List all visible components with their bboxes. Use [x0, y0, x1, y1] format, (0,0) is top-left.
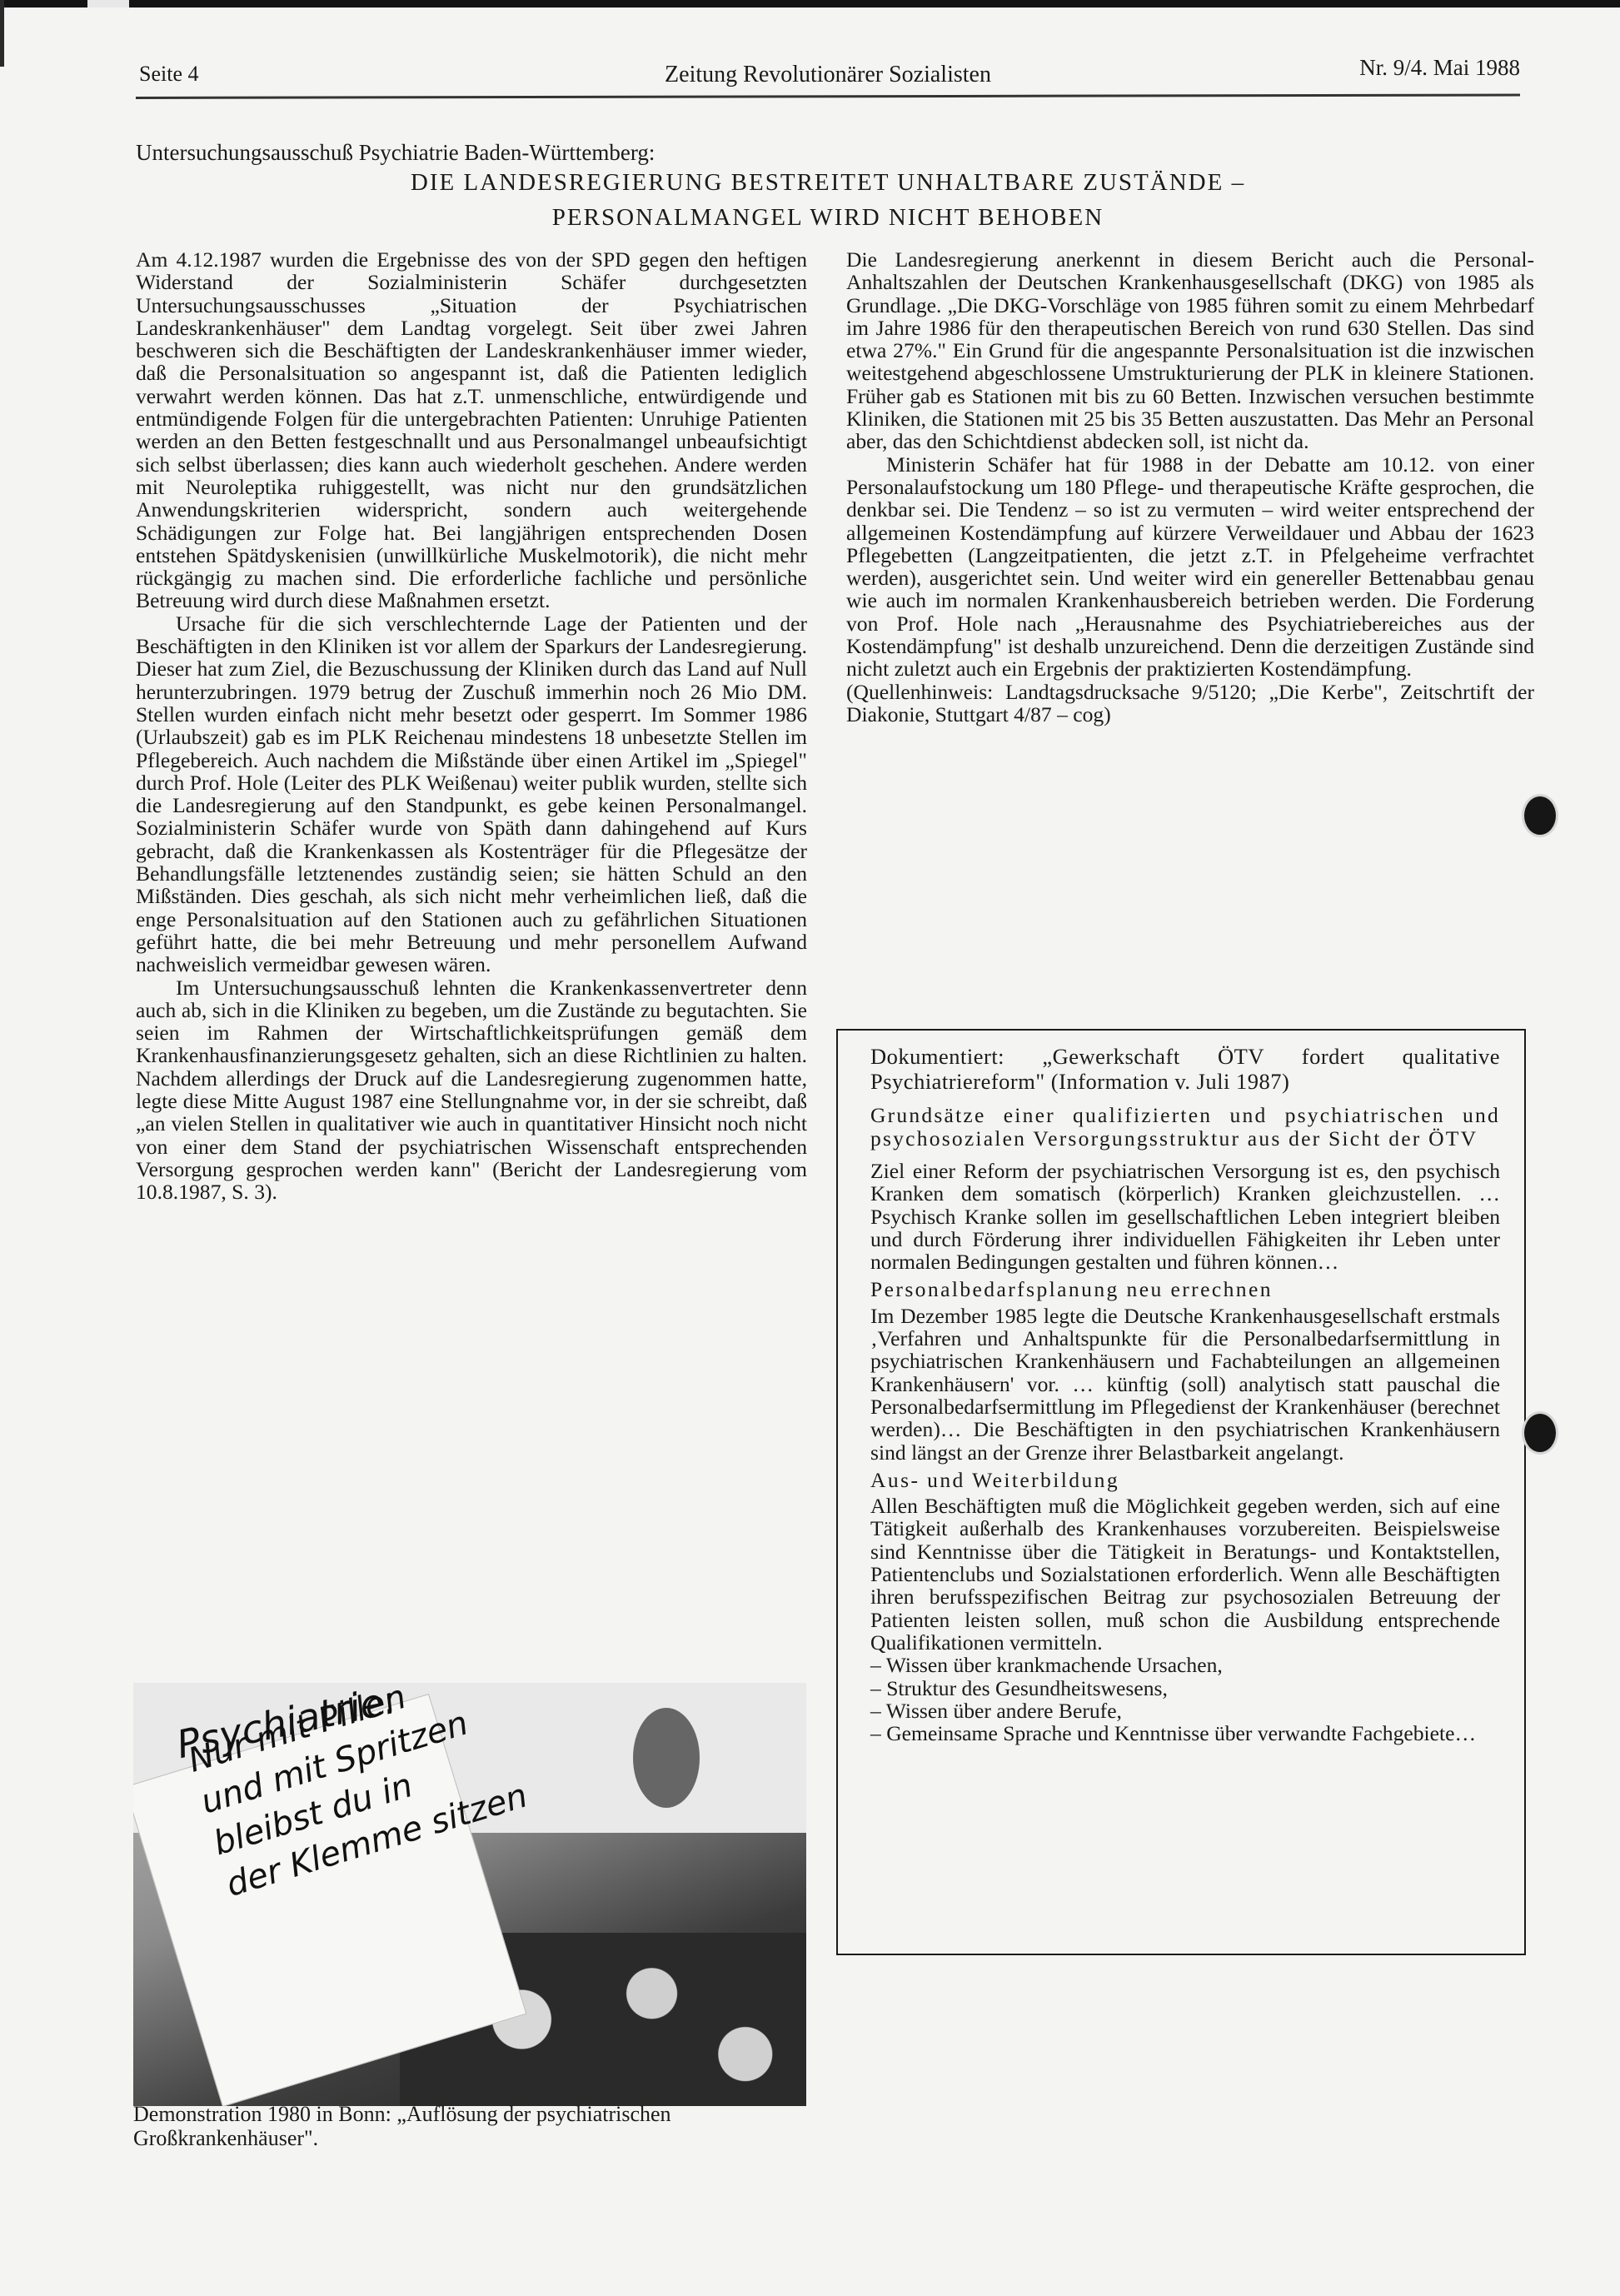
road-sign-shape [633, 1708, 700, 1808]
paragraph: Die Landesregierung anerkennt in diesem … [846, 248, 1534, 453]
list-item: Wissen über krankmachende Ursachen, [870, 1654, 1500, 1676]
box-subtitle: Grundsätze einer qualifizierten und psyc… [870, 1104, 1500, 1150]
punch-hole-icon [1524, 1414, 1556, 1452]
box-section-heading: Personalbedarfsplanung neu errechnen [870, 1278, 1500, 1300]
list-item: Wissen über andere Berufe, [870, 1700, 1500, 1722]
box-title: Dokumentiert: „Gewerkschaft ÖTV fordert … [870, 1044, 1500, 1094]
demonstration-photo: Psychiatrie: Nur mit Pillen und mit Spri… [133, 1683, 806, 2106]
documented-box: Dokumentiert: „Gewerkschaft ÖTV fordert … [870, 1044, 1500, 1744]
scan-tape [87, 0, 129, 7]
source-note: (Quellenhinweis: Landtagsdrucksache 9/51… [846, 681, 1534, 726]
paragraph: Ursache für die sich verschlechternde La… [136, 612, 807, 976]
issue-date: Nr. 9/4. Mai 1988 [1359, 55, 1520, 81]
article-column-left: Am 4.12.1987 wurden die Ergebnisse des v… [136, 248, 807, 1203]
box-section-text: Allen Beschäftigten muß die Möglichkeit … [870, 1495, 1500, 1654]
scan-edge-left [0, 0, 4, 67]
paragraph: Am 4.12.1987 wurden die Ergebnisse des v… [136, 248, 807, 612]
headline-line-2: PERSONALMANGEL WIRD NICHT BEHOBEN [136, 204, 1520, 232]
box-section-text: Im Dezember 1985 legte die Deutsche Kran… [870, 1305, 1500, 1464]
list-item: Struktur des Gesundheitswesens, [870, 1677, 1500, 1700]
headline-line-1: DIE LANDESREGIERUNG BESTREITET UNHALTBAR… [136, 169, 1520, 197]
scan-edge-top [0, 0, 1620, 7]
list-item: Gemeinsame Sprache und Kenntnisse über v… [870, 1722, 1500, 1744]
photo-caption: Demonstration 1980 in Bonn: „Auflösung d… [133, 2102, 808, 2150]
paragraph: Ministerin Schäfer hat für 1988 in der D… [846, 453, 1534, 681]
box-section-heading: Aus- und Weiterbildung [870, 1469, 1500, 1491]
newspaper-name: Zeitung Revolutionärer Sozialisten [136, 62, 1520, 88]
article-kicker: Untersuchungsausschuß Psychiatrie Baden-… [136, 140, 655, 166]
paragraph: Im Untersuchungsausschuß lehnten die Kra… [136, 976, 807, 1204]
box-intro: Ziel einer Reform der psychiatrischen Ve… [870, 1160, 1500, 1273]
article-column-right: Die Landesregierung anerkennt in diesem … [846, 248, 1534, 726]
punch-hole-icon [1524, 796, 1556, 835]
box-list: Wissen über krankmachende Ursachen, Stru… [870, 1654, 1500, 1744]
